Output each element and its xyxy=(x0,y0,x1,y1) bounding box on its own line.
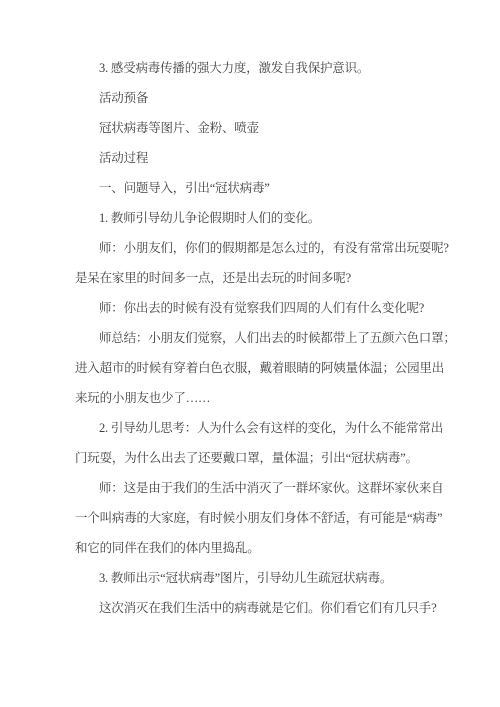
text-line: 这次消灭在我们生活中的病毒就是它们。你们看它们有几只手? xyxy=(75,593,445,623)
document-body: 3. 感受病毒传播的强大力度，激发自我保护意识。 活动预备 冠状病毒等图片、金粉… xyxy=(75,53,445,623)
text-line: 活动预备 xyxy=(75,83,445,113)
text-line: 门玩耍，为什么出去了还要戴口罩，量体温；引出“冠状病毒”。 xyxy=(75,443,445,473)
text-line: 是呆在家里的时间多一点，还是出去玩的时间多呢? xyxy=(75,263,445,293)
text-line: 来玩的小朋友也少了…… xyxy=(75,383,445,413)
text-line: 1. 教师引导幼儿争论假期时人们的变化。 xyxy=(75,203,445,233)
document-page: 3. 感受病毒传播的强大力度，激发自我保护意识。 活动预备 冠状病毒等图片、金粉… xyxy=(0,0,500,707)
text-line: 师：你出去的时候有没有觉察我们四周的人们有什么变化呢? xyxy=(75,293,445,323)
text-line: 冠状病毒等图片、金粉、喷壶 xyxy=(75,113,445,143)
text-line: 师：这是由于我们的生活中消灭了一群坏家伙。这群坏家伙来自 xyxy=(75,473,445,503)
text-line: 师：小朋友们，你们的假期都是怎么过的，有没有常常出玩耍呢? xyxy=(75,233,445,263)
text-line: 一、问题导入，引出“冠状病毒” xyxy=(75,173,445,203)
text-line: 和它的同伴在我们的体内里捣乱。 xyxy=(75,533,445,563)
text-line: 师总结：小朋友们觉察，人们出去的时候都带上了五颜六色口罩； xyxy=(75,323,445,353)
text-line: 进入超市的时候有穿着白色衣服，戴着眼睛的阿姨量体温；公园里出 xyxy=(75,353,445,383)
text-line: 活动过程 xyxy=(75,143,445,173)
text-line: 2. 引导幼儿思考：人为什么会有这样的变化，为什么不能常常出 xyxy=(75,413,445,443)
text-line: 一个叫病毒的大家庭，有时候小朋友们身体不舒适，有可能是“病毒” xyxy=(75,503,445,533)
text-line: 3. 教师出示“冠状病毒”图片，引导幼儿生疏冠状病毒。 xyxy=(75,563,445,593)
text-line: 3. 感受病毒传播的强大力度，激发自我保护意识。 xyxy=(75,53,445,83)
